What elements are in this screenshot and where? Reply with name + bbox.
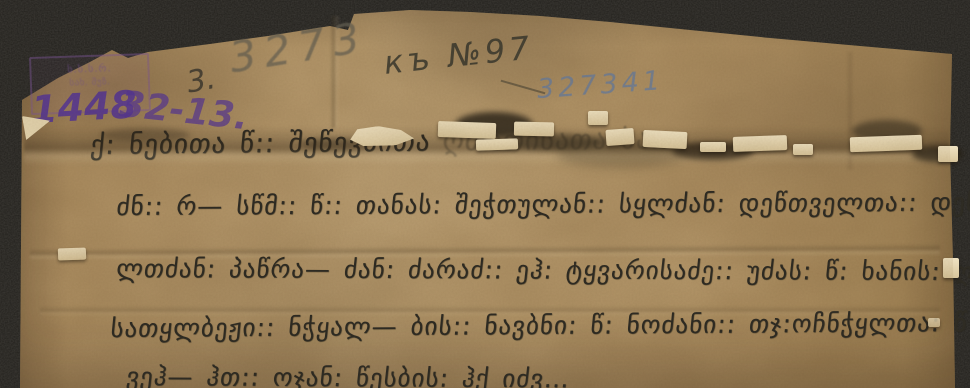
ink-smudge — [100, 128, 190, 142]
manuscript-line-4: სათყლბეჟი:: ნჭყალ— ბის:: ნავბნი: წ: ნოძა… — [109, 308, 969, 343]
tear-patch — [733, 135, 787, 152]
tear-patch — [605, 128, 634, 146]
tear-patch — [514, 122, 554, 137]
tear-patch — [928, 318, 940, 327]
tear-patch — [700, 142, 726, 152]
tear-patch — [938, 146, 958, 162]
tear-patch — [438, 121, 497, 139]
tear-patch — [588, 111, 608, 125]
tear-patch — [793, 144, 813, 155]
tear-patch — [643, 130, 688, 149]
tear-patch — [58, 248, 86, 261]
archive-stamp-line1: ს.ს.ს.რ. — [31, 62, 147, 77]
manuscript-line-3: ლთძან: პაწრა— ძან: ძარაძ:: ეჰ: ტყვარისაძ… — [115, 254, 970, 286]
manuscript-scan: ს.ს.ს.რ. სახ. მუზ. 1448 32-13. 3. 3273 к… — [0, 0, 970, 388]
manuscript-line-5: ვეჰ— ჰთ:: ოჯან: წესბის: ჰქ იძვ… — [125, 362, 572, 388]
manuscript-line-2: ძნ:: რ— სწმ:: წ:: თანას: შეჭთულან:: სყლძ… — [115, 187, 970, 221]
tear-patch — [943, 258, 959, 278]
tear-patch — [476, 138, 518, 150]
tear-patch — [850, 135, 922, 153]
